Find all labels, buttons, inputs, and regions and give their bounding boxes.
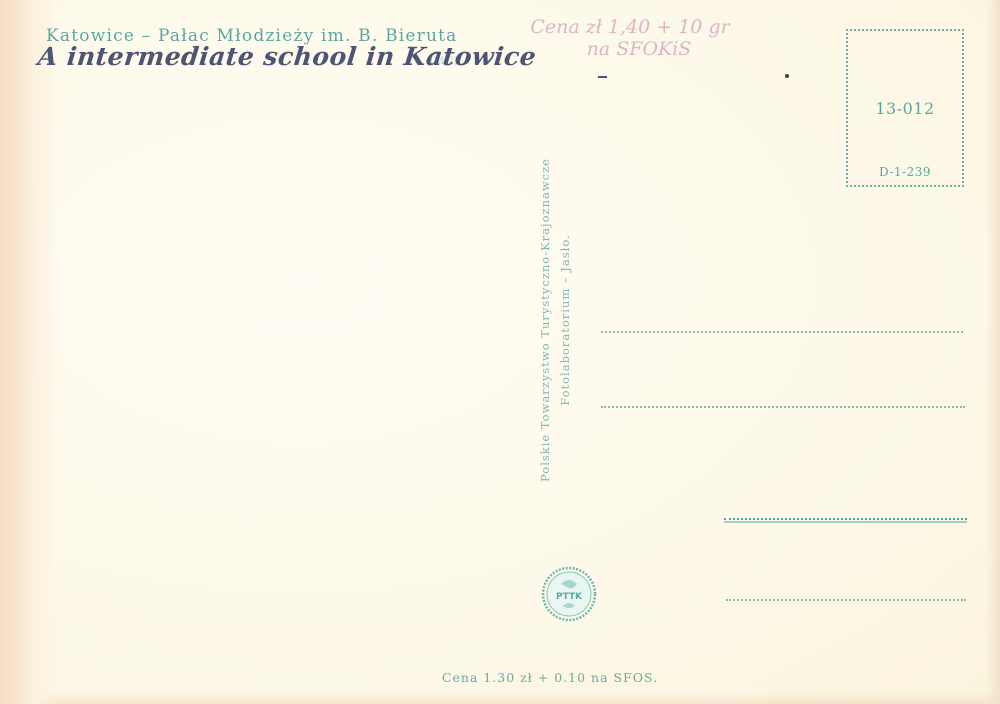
address-line-3 <box>724 518 967 520</box>
handwritten-note: A intermediate school in Katowice <box>36 42 537 71</box>
postcard-back: Katowice – Pałac Młodzieży im. B. Bierut… <box>0 0 1000 704</box>
ink-dot <box>785 74 789 78</box>
stamp-box-series: D-1-239 <box>848 165 962 179</box>
price-stamp-line-1: Cena zł 1,40 + 10 gr <box>530 16 730 38</box>
address-line-4 <box>726 599 966 601</box>
footer-price: Cena 1.30 zł + 0.10 na SFOS. <box>0 670 1000 685</box>
price-stamp-line-2: na SFOKiS <box>530 38 730 60</box>
stamp-box-code: 13-012 <box>848 99 962 118</box>
publisher-imprint-text: Polskie Towarzystwo Turystyczno-Krajozna… <box>535 158 575 482</box>
address-line-1 <box>601 331 963 333</box>
address-line-2 <box>601 406 965 408</box>
postage-stamp-box: 13-012 D-1-239 <box>846 29 964 187</box>
svg-text:PTTK: PTTK <box>556 592 583 602</box>
handwritten-dash <box>598 76 607 78</box>
publisher-line-2: Fotolaboratorium – Jasło. <box>555 158 575 482</box>
publisher-line-1: Polskie Towarzystwo Turystyczno-Krajozna… <box>535 158 555 482</box>
price-rubber-stamp: Cena zł 1,40 + 10 gr na SFOKiS <box>530 16 730 60</box>
pttk-emblem-icon: PTTK <box>541 566 597 622</box>
